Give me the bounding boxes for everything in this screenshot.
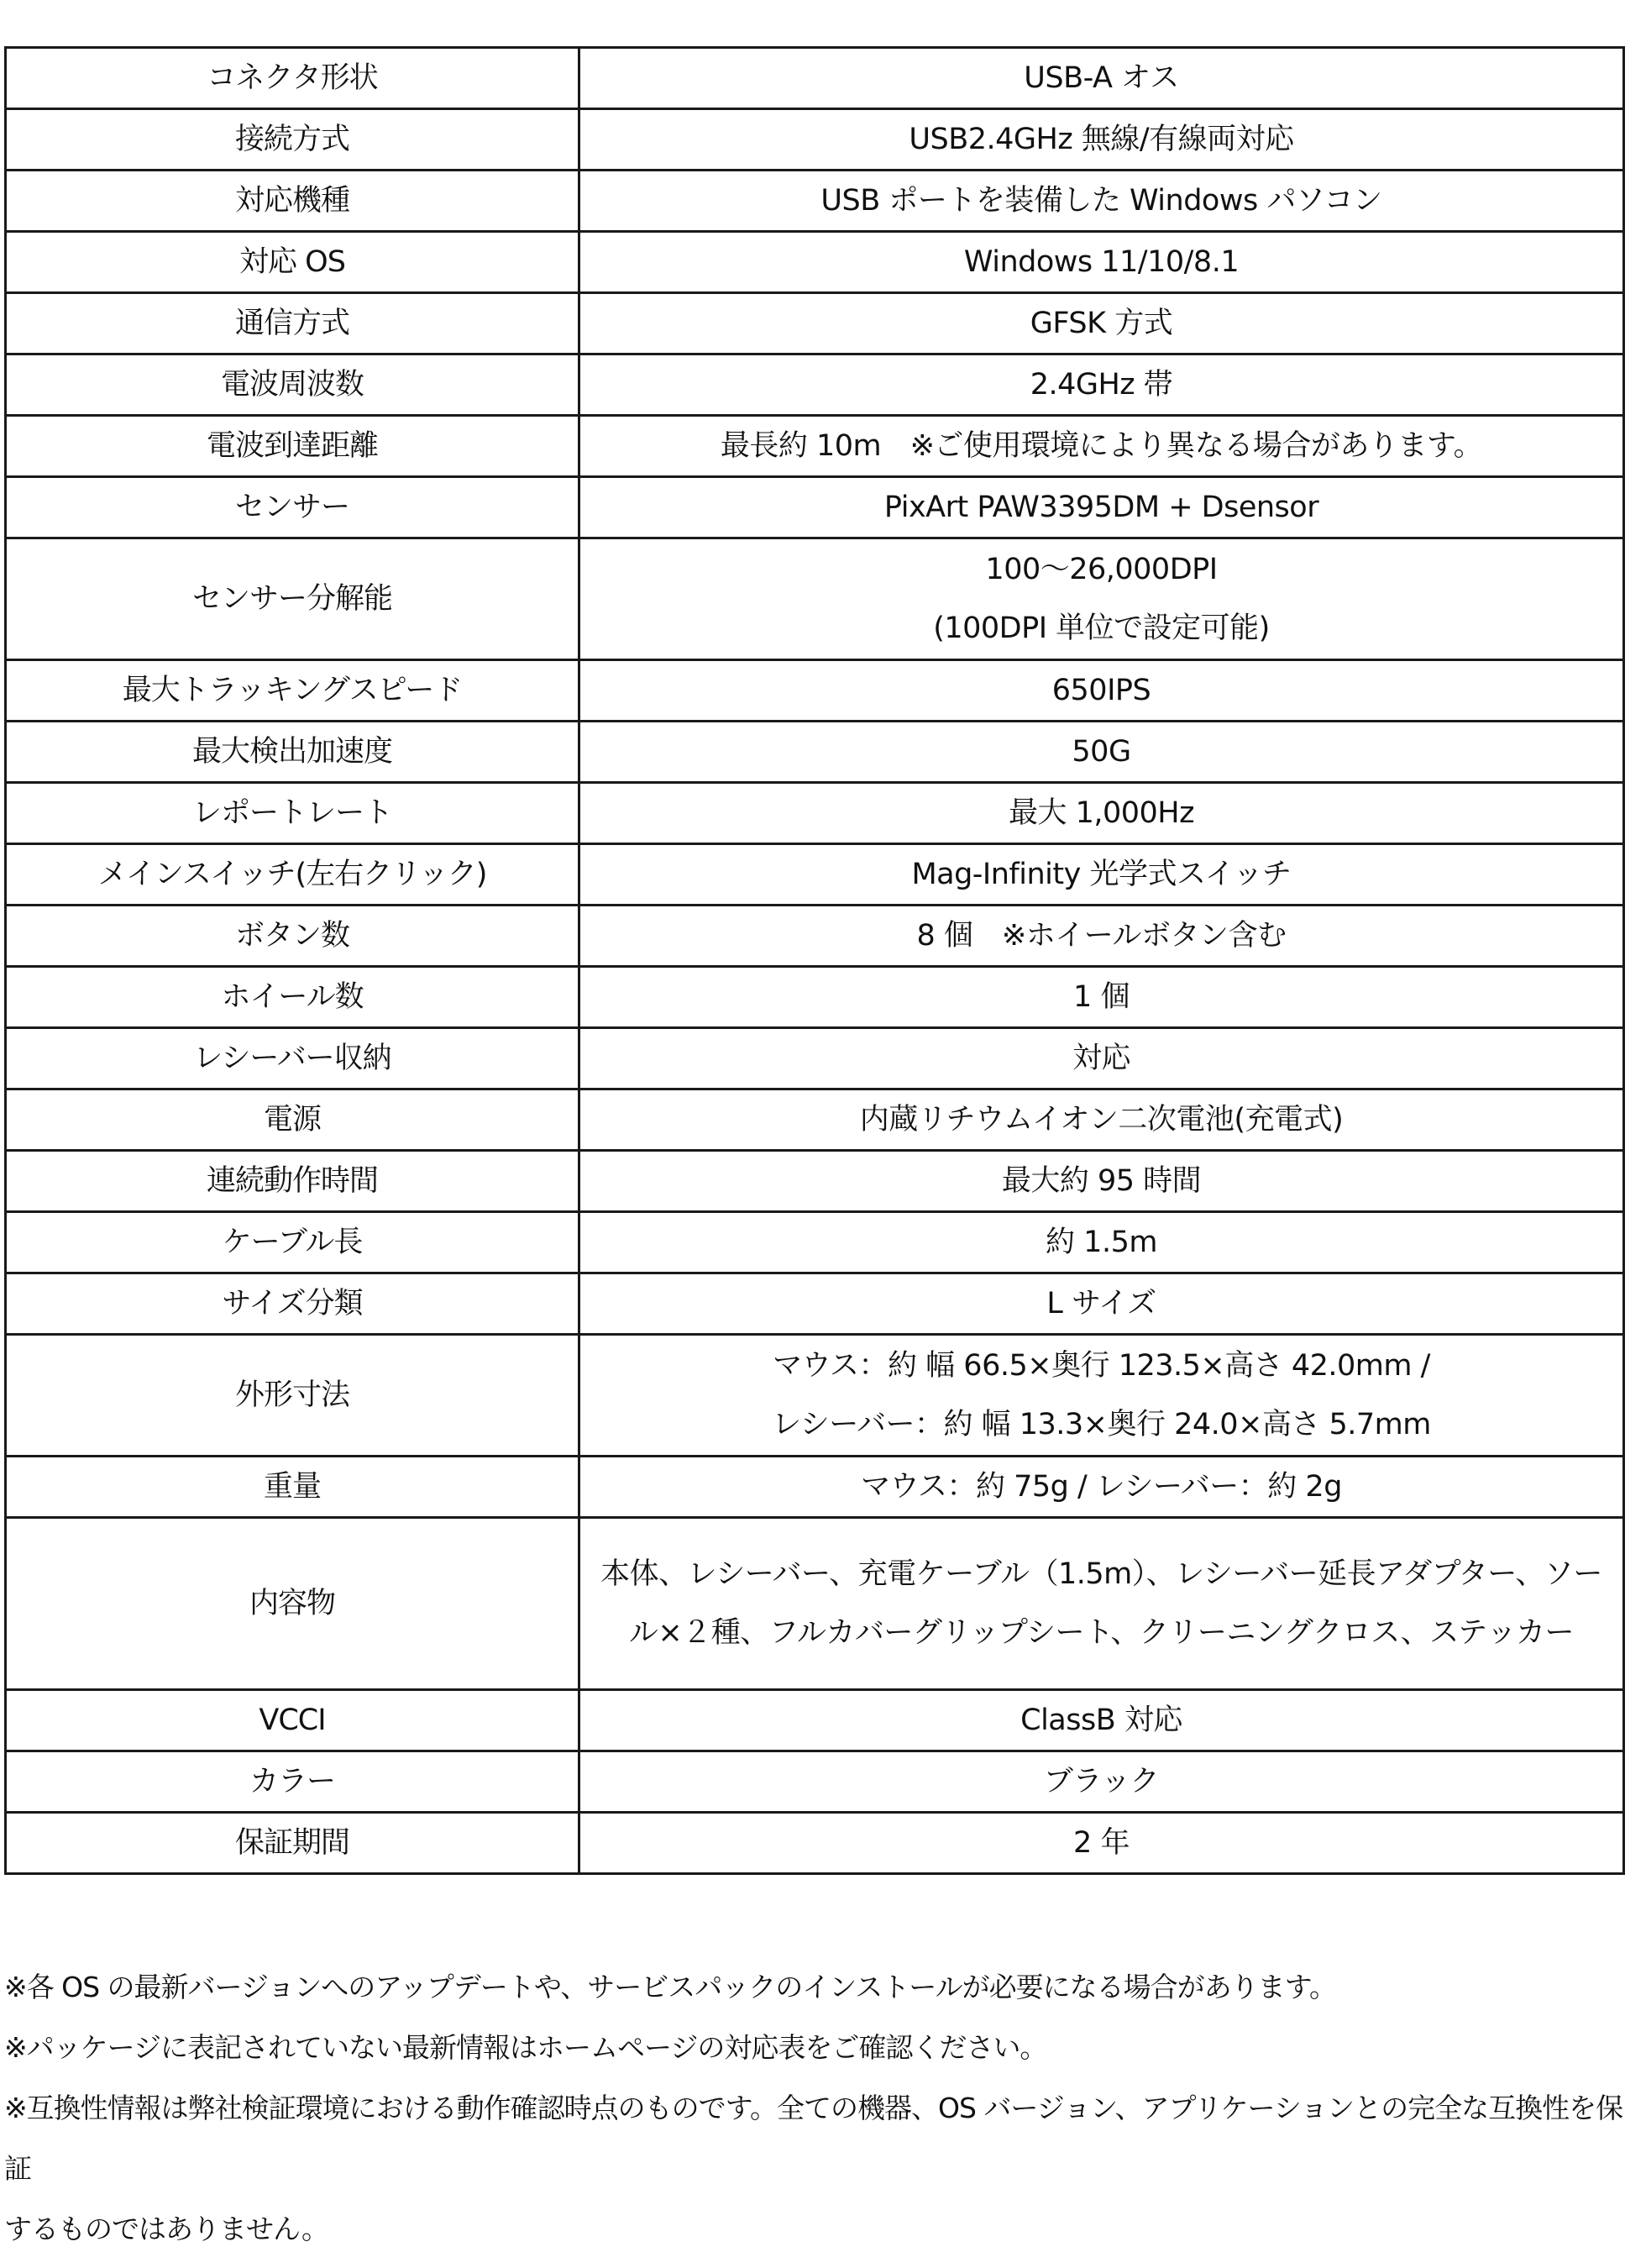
spec-value-line: 本体、レシーバー、充電ケーブル（1.5m）、レシーバー延長アダプター、ソー xyxy=(589,1545,1614,1604)
table-row: カラーブラック xyxy=(6,1751,1624,1813)
spec-value: GFSK 方式 xyxy=(579,293,1624,354)
table-row: サイズ分類L サイズ xyxy=(6,1273,1624,1335)
spec-value: USB2.4GHz 無線/有線両対応 xyxy=(579,109,1624,171)
spec-table-body: コネクタ形状USB-A オス 接続方式USB2.4GHz 無線/有線両対応 対応… xyxy=(6,48,1624,1874)
spec-value: L サイズ xyxy=(579,1273,1624,1335)
spec-label: ケーブル長 xyxy=(6,1212,579,1273)
spec-value: 1 個 xyxy=(579,967,1624,1028)
spec-value-line: Mag-Infinity 光学式スイッチ xyxy=(589,845,1614,904)
spec-label: 保証期間 xyxy=(6,1813,579,1874)
spec-label: レポートレート xyxy=(6,783,579,844)
table-row: ボタン数8 個 ※ホイールボタン含む xyxy=(6,906,1624,967)
table-row: センサーPixArt PAW3395DM + Dsensor xyxy=(6,477,1624,538)
spec-label: ボタン数 xyxy=(6,906,579,967)
spec-value-line: マウス：約 75g / レシーバー：約 2g xyxy=(589,1457,1614,1516)
spec-value: USB ポートを装備した Windows パソコン xyxy=(579,171,1624,232)
spec-value-line: USB2.4GHz 無線/有線両対応 xyxy=(589,110,1614,169)
spec-value-line: USB-A オス xyxy=(589,49,1614,108)
spec-label: ホイール数 xyxy=(6,967,579,1028)
spec-label: 最大検出加速度 xyxy=(6,722,579,783)
spec-label: 通信方式 xyxy=(6,293,579,354)
table-row: 連続動作時間最大約 95 時間 xyxy=(6,1151,1624,1212)
spec-label: センサー xyxy=(6,477,579,538)
spec-value: 50G xyxy=(579,722,1624,783)
spec-value-line: 最長約 10m ※ご使用環境により異なる場合があります。 xyxy=(589,417,1614,475)
spec-value-line: 1 個 xyxy=(589,968,1614,1026)
spec-value-line: 2 年 xyxy=(589,1814,1614,1872)
spec-value-line: USB ポートを装備した Windows パソコン xyxy=(589,171,1614,230)
spec-table: コネクタ形状USB-A オス 接続方式USB2.4GHz 無線/有線両対応 対応… xyxy=(4,46,1625,1875)
spec-label: 電波到達距離 xyxy=(6,416,579,477)
spec-label: 対応 OS xyxy=(6,232,579,293)
table-row: レポートレート最大 1,000Hz xyxy=(6,783,1624,844)
table-row: レシーバー収納対応 xyxy=(6,1028,1624,1089)
spec-value-line: L サイズ xyxy=(589,1274,1614,1333)
table-row: 対応 OSWindows 11/10/8.1 xyxy=(6,232,1624,293)
spec-value-line: マウス：約 幅 66.5×奥行 123.5×高さ 42.0mm / xyxy=(589,1336,1614,1395)
table-row: 電源内蔵リチウムイオン二次電池(充電式) xyxy=(6,1089,1624,1151)
table-row: 外形寸法マウス：約 幅 66.5×奥行 123.5×高さ 42.0mm /レシー… xyxy=(6,1335,1624,1457)
spec-value: USB-A オス xyxy=(579,48,1624,109)
spec-value: 8 個 ※ホイールボタン含む xyxy=(579,906,1624,967)
table-row: 重量マウス：約 75g / レシーバー：約 2g xyxy=(6,1457,1624,1518)
table-row: メインスイッチ(左右クリック)Mag-Infinity 光学式スイッチ xyxy=(6,844,1624,906)
spec-value-line: 8 個 ※ホイールボタン含む xyxy=(589,906,1614,965)
spec-value: 内蔵リチウムイオン二次電池(充電式) xyxy=(579,1089,1624,1151)
table-row: 保証期間2 年 xyxy=(6,1813,1624,1874)
spec-label: サイズ分類 xyxy=(6,1273,579,1335)
spec-value: 本体、レシーバー、充電ケーブル（1.5m）、レシーバー延長アダプター、ソール×２… xyxy=(579,1518,1624,1690)
spec-label: 対応機種 xyxy=(6,171,579,232)
spec-value-line: 約 1.5m xyxy=(589,1213,1614,1272)
spec-value-line: ClassB 対応 xyxy=(589,1691,1614,1750)
spec-value: 最長約 10m ※ご使用環境により異なる場合があります。 xyxy=(579,416,1624,477)
spec-value: 650IPS xyxy=(579,660,1624,722)
footnote: ※互換性情報は弊社検証環境における動作確認時点のものです。全ての機器、OS バー… xyxy=(4,2078,1642,2199)
table-row: 最大検出加速度50G xyxy=(6,722,1624,783)
footnote: ※各 OS の最新バージョンへのアップデートや、サービスパックのインストールが必… xyxy=(4,1957,1642,2018)
spec-value: 100～26,000DPI(100DPI 単位で設定可能) xyxy=(579,538,1624,660)
spec-label: VCCI xyxy=(6,1690,579,1751)
footnote: するものではありません。 xyxy=(4,2199,1642,2260)
spec-value-line: ル×２種、フルカバーグリップシート、クリーニングクロス、ステッカー xyxy=(589,1604,1614,1662)
spec-label: 接続方式 xyxy=(6,109,579,171)
spec-value-line: 50G xyxy=(589,722,1614,781)
spec-label: 外形寸法 xyxy=(6,1335,579,1457)
spec-value-line: (100DPI 単位で設定可能) xyxy=(589,599,1614,658)
spec-value: ClassB 対応 xyxy=(579,1690,1624,1751)
table-row: 電波周波数2.4GHz 帯 xyxy=(6,354,1624,416)
spec-label: カラー xyxy=(6,1751,579,1813)
table-row: ホイール数1 個 xyxy=(6,967,1624,1028)
table-row: 最大トラッキングスピード650IPS xyxy=(6,660,1624,722)
spec-value: Windows 11/10/8.1 xyxy=(579,232,1624,293)
spec-value: 対応 xyxy=(579,1028,1624,1089)
table-row: VCCIClassB 対応 xyxy=(6,1690,1624,1751)
spec-value: 約 1.5m xyxy=(579,1212,1624,1273)
spec-label: 電波周波数 xyxy=(6,354,579,416)
spec-label: 電源 xyxy=(6,1089,579,1151)
spec-value: 2.4GHz 帯 xyxy=(579,354,1624,416)
spec-value-line: 最大約 95 時間 xyxy=(589,1152,1614,1210)
table-row: ケーブル長約 1.5m xyxy=(6,1212,1624,1273)
spec-value: マウス：約 75g / レシーバー：約 2g xyxy=(579,1457,1624,1518)
spec-value-line: 対応 xyxy=(589,1029,1614,1088)
spec-value-line: 最大 1,000Hz xyxy=(589,784,1614,843)
spec-value: PixArt PAW3395DM + Dsensor xyxy=(579,477,1624,538)
spec-label: 内容物 xyxy=(6,1518,579,1690)
table-row: コネクタ形状USB-A オス xyxy=(6,48,1624,109)
spec-label: 最大トラッキングスピード xyxy=(6,660,579,722)
spec-value-line: 100～26,000DPI xyxy=(589,540,1614,599)
spec-value-line: PixArt PAW3395DM + Dsensor xyxy=(589,478,1614,537)
spec-value-line: GFSK 方式 xyxy=(589,294,1614,353)
spec-label: メインスイッチ(左右クリック) xyxy=(6,844,579,906)
table-row: 通信方式GFSK 方式 xyxy=(6,293,1624,354)
table-row: 対応機種USB ポートを装備した Windows パソコン xyxy=(6,171,1624,232)
spec-value: 最大 1,000Hz xyxy=(579,783,1624,844)
spec-value-line: 2.4GHz 帯 xyxy=(589,355,1614,414)
spec-label: 連続動作時間 xyxy=(6,1151,579,1212)
table-row: 内容物本体、レシーバー、充電ケーブル（1.5m）、レシーバー延長アダプター、ソー… xyxy=(6,1518,1624,1690)
spec-value: 2 年 xyxy=(579,1813,1624,1874)
spec-label: コネクタ形状 xyxy=(6,48,579,109)
spec-value: Mag-Infinity 光学式スイッチ xyxy=(579,844,1624,906)
spec-value: マウス：約 幅 66.5×奥行 123.5×高さ 42.0mm /レシーバー：約… xyxy=(579,1335,1624,1457)
spec-label: レシーバー収納 xyxy=(6,1028,579,1089)
footnote: ※パッケージに表記されていない最新情報はホームページの対応表をご確認ください。 xyxy=(4,2018,1642,2078)
spec-value-line: 内蔵リチウムイオン二次電池(充電式) xyxy=(589,1090,1614,1149)
spec-value-line: Windows 11/10/8.1 xyxy=(589,233,1614,291)
spec-value: ブラック xyxy=(579,1751,1624,1813)
spec-label: 重量 xyxy=(6,1457,579,1518)
footnotes: ※各 OS の最新バージョンへのアップデートや、サービスパックのインストールが必… xyxy=(4,1957,1642,2260)
spec-value-line: 650IPS xyxy=(589,661,1614,720)
spec-value: 最大約 95 時間 xyxy=(579,1151,1624,1212)
table-row: 接続方式USB2.4GHz 無線/有線両対応 xyxy=(6,109,1624,171)
table-row: センサー分解能100～26,000DPI(100DPI 単位で設定可能) xyxy=(6,538,1624,660)
table-row: 電波到達距離最長約 10m ※ご使用環境により異なる場合があります。 xyxy=(6,416,1624,477)
spec-value-line: ブラック xyxy=(589,1752,1614,1811)
spec-label: センサー分解能 xyxy=(6,538,579,660)
spec-value-line: レシーバー：約 幅 13.3×奥行 24.0×高さ 5.7mm xyxy=(589,1395,1614,1454)
